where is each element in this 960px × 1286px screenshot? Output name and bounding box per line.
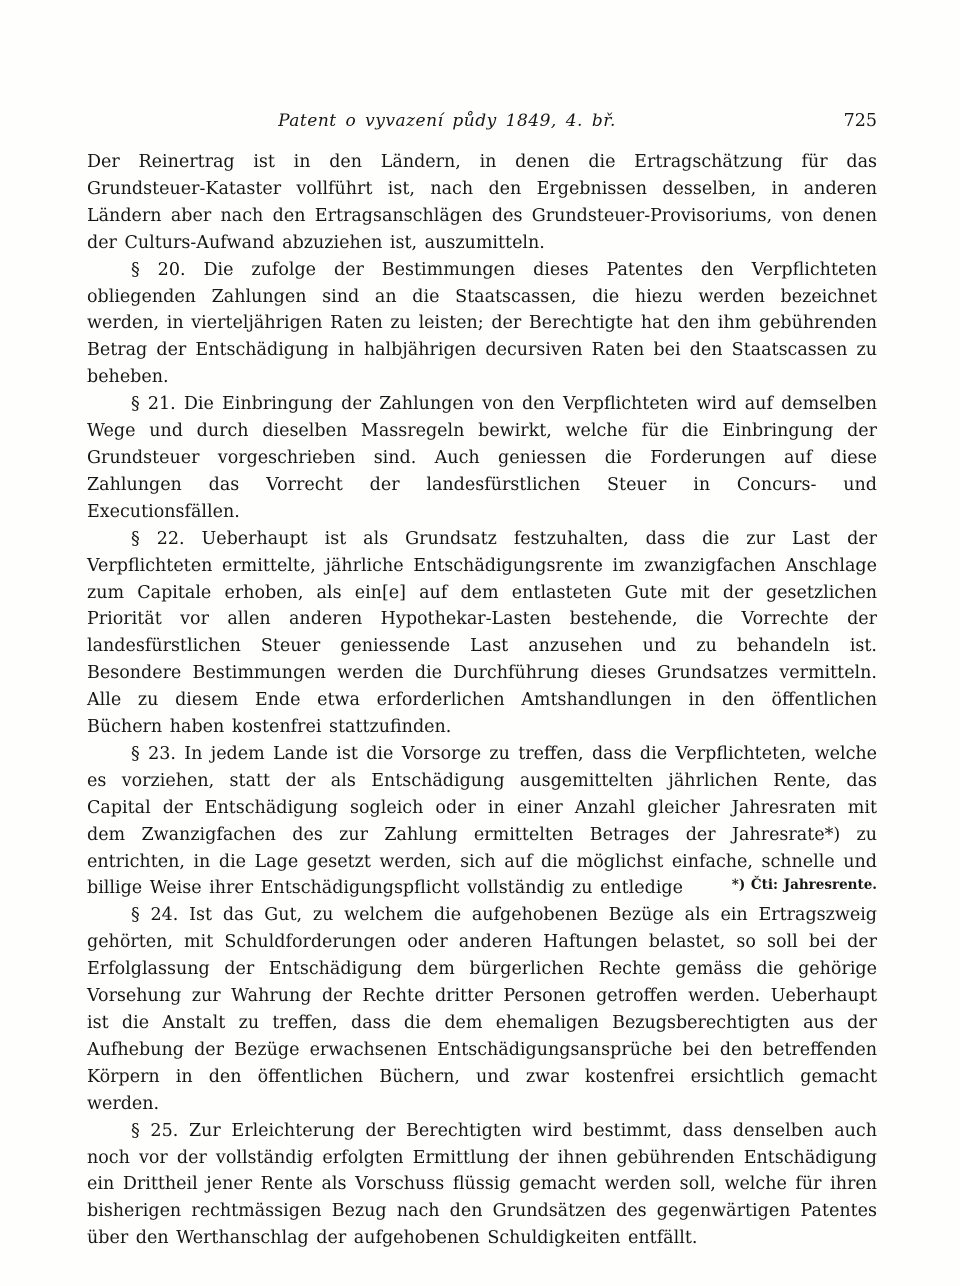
running-header-title: Patent o vyvazení půdy 1849, 4. bř. (87, 108, 877, 134)
running-header: Patent o vyvazení půdy 1849, 4. bř. 725 (87, 108, 877, 134)
paragraph-continuation: Der Reinertrag ist in den Ländern, in de… (87, 149, 877, 257)
paragraph-section-20: § 20. Die zufolge der Bestimmungen diese… (87, 257, 877, 392)
paragraph-section-25: § 25. Zur Erleichterung der Berechtigten… (87, 1118, 877, 1253)
scanned-document-page: Patent o vyvazení půdy 1849, 4. bř. 725 … (0, 0, 960, 1286)
paragraph-section-23: § 23. In jedem Lande ist die Vorsorge zu… (87, 741, 877, 902)
document-body: Der Reinertrag ist in den Ländern, in de… (87, 149, 877, 1252)
paragraph-section-21: § 21. Die Einbringung der Zahlungen von … (87, 391, 877, 526)
marginal-footnote: *) Čti: Jahresrente. (682, 872, 877, 899)
page-number: 725 (844, 108, 877, 134)
paragraph-section-22: § 22. Ueberhaupt ist als Grundsatz festz… (87, 526, 877, 741)
paragraph-section-24: § 24. Ist das Gut, zu welchem die aufgeh… (87, 902, 877, 1117)
